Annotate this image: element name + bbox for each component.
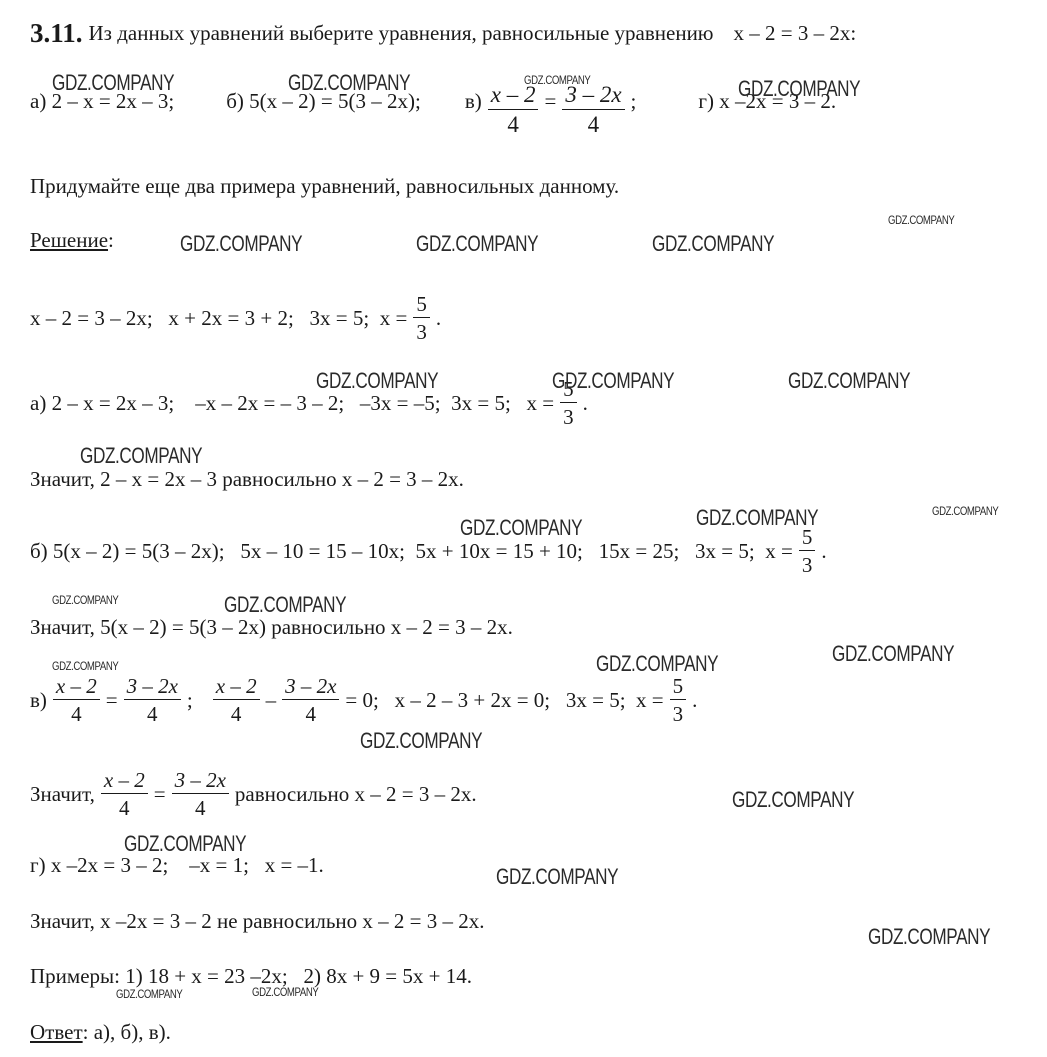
solution-heading: Решение: bbox=[30, 228, 114, 253]
watermark: GDZ.COMPANY bbox=[868, 924, 990, 950]
solution-a: а) 2 – x = 2x – 3; –x – 2x = – 3 – 2; –3… bbox=[30, 372, 588, 434]
option-v-right-fraction: 3 – 2x 4 bbox=[562, 83, 624, 137]
option-v-label: в) bbox=[465, 89, 482, 114]
watermark: GDZ.COMPANY bbox=[116, 987, 182, 1001]
watermark: GDZ.COMPANY bbox=[316, 368, 438, 394]
watermark: GDZ.COMPANY bbox=[224, 592, 346, 618]
watermark: GDZ.COMPANY bbox=[460, 515, 582, 541]
watermark: GDZ.COMPANY bbox=[732, 787, 854, 813]
watermark: GDZ.COMPANY bbox=[52, 70, 174, 96]
answer: Ответ: а), б), в). bbox=[30, 1020, 171, 1045]
watermark: GDZ.COMPANY bbox=[652, 231, 774, 257]
problem-number: 3.11. bbox=[30, 18, 83, 49]
watermark: GDZ.COMPANY bbox=[416, 231, 538, 257]
watermark: GDZ.COMPANY bbox=[888, 213, 954, 227]
conclusion-b: Значит, 5(x – 2) = 5(3 – 2x) равносильно… bbox=[30, 615, 513, 640]
conclusion-g: Значит, x –2x = 3 – 2 не равносильно x –… bbox=[30, 909, 484, 934]
watermark: GDZ.COMPANY bbox=[52, 593, 118, 607]
watermark: GDZ.COMPANY bbox=[180, 231, 302, 257]
examples: Примеры: 1) 18 + x = 23 –2x; 2) 8x + 9 =… bbox=[30, 964, 472, 989]
watermark: GDZ.COMPANY bbox=[596, 651, 718, 677]
base-equation: x – 2 = 3 – 2x: bbox=[734, 21, 857, 46]
watermark: GDZ.COMPANY bbox=[252, 985, 318, 999]
solution-v: в) x – 24 = 3 – 2x4 ; x – 24 – 3 – 2x4 =… bbox=[30, 668, 697, 732]
watermark: GDZ.COMPANY bbox=[788, 368, 910, 394]
watermark: GDZ.COMPANY bbox=[496, 864, 618, 890]
watermark: GDZ.COMPANY bbox=[932, 504, 998, 518]
fraction-five-thirds: 53 bbox=[413, 293, 430, 343]
watermark: GDZ.COMPANY bbox=[832, 641, 954, 667]
watermark: GDZ.COMPANY bbox=[80, 443, 202, 469]
base-solution: x – 2 = 3 – 2x; x + 2x = 3 + 2; 3x = 5; … bbox=[30, 288, 441, 348]
option-v-left-fraction: x – 2 4 bbox=[488, 83, 539, 137]
problem-header: 3.11. Из данных уравнений выберите уравн… bbox=[30, 18, 856, 49]
watermark: GDZ.COMPANY bbox=[738, 76, 860, 102]
watermark: GDZ.COMPANY bbox=[124, 831, 246, 857]
watermark: GDZ.COMPANY bbox=[52, 659, 118, 673]
task-invent-examples: Придумайте еще два примера уравнений, ра… bbox=[30, 174, 619, 199]
watermark: GDZ.COMPANY bbox=[360, 728, 482, 754]
watermark: GDZ.COMPANY bbox=[696, 505, 818, 531]
watermark: GDZ.COMPANY bbox=[552, 368, 674, 394]
conclusion-v: Значит, x – 24 = 3 – 2x4 равносильно x –… bbox=[30, 762, 477, 826]
watermark: GDZ.COMPANY bbox=[288, 70, 410, 96]
watermark: GDZ.COMPANY bbox=[524, 73, 590, 87]
problem-statement: Из данных уравнений выберите уравнения, … bbox=[89, 21, 714, 46]
conclusion-a: Значит, 2 – x = 2x – 3 равносильно x – 2… bbox=[30, 467, 464, 492]
